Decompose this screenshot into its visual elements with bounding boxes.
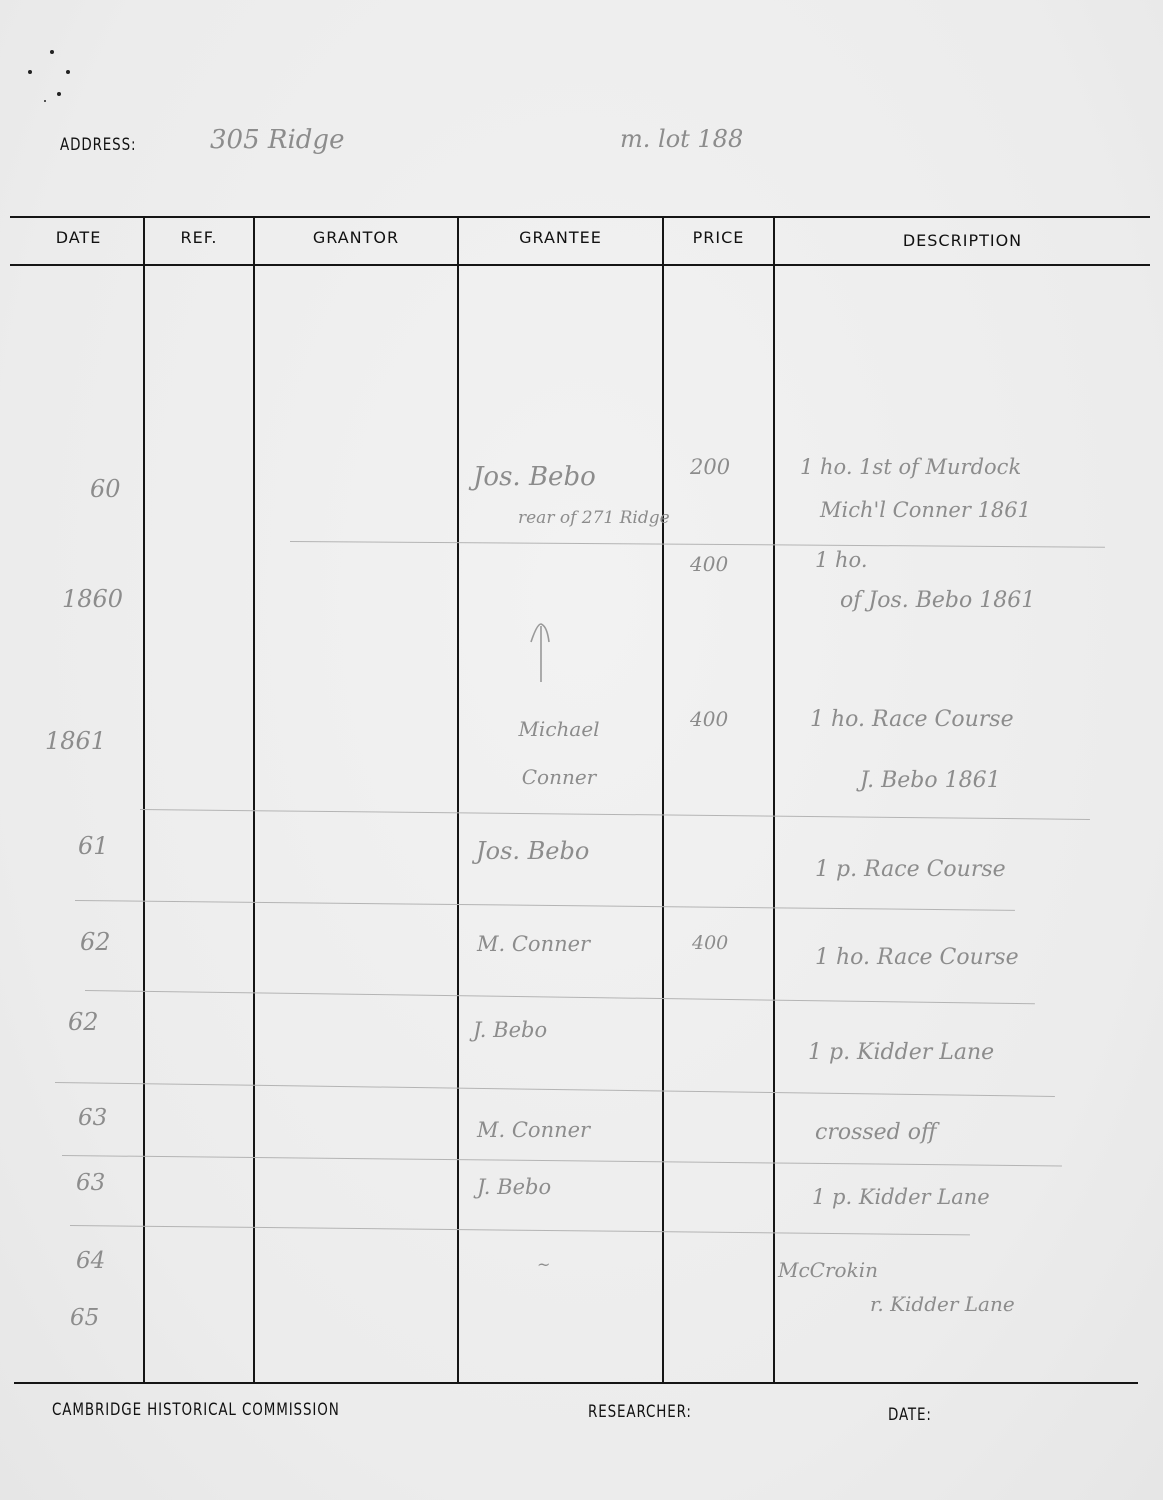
row-description: 1 ho. Race Course <box>815 945 1019 970</box>
column-header-grantee: GRANTEE <box>459 228 662 247</box>
col-divider <box>457 216 459 1382</box>
row-separator <box>290 541 1105 548</box>
row-separator <box>55 1082 1055 1097</box>
row-date: 60 <box>90 475 121 503</box>
row-description: r. Kidder Lane <box>870 1292 1015 1316</box>
date-label: DATE: <box>888 1405 932 1425</box>
column-header-grantor: GRANTOR <box>255 228 457 247</box>
row-date: 62 <box>68 1008 99 1036</box>
row-description: 1 ho. Race Course <box>810 707 1014 732</box>
row-date: 1860 <box>62 585 123 613</box>
row-date: 1861 <box>45 727 106 755</box>
col-divider <box>143 216 145 1382</box>
row-price: 400 <box>692 932 728 954</box>
row-description: 1 p. Race Course <box>815 857 1006 882</box>
row-description: 1 p. Kidder Lane <box>812 1185 990 1209</box>
address-note: m. lot 188 <box>620 125 743 153</box>
researcher-label: RESEARCHER: <box>588 1402 692 1422</box>
row-description: 1 p. Kidder Lane <box>808 1040 994 1065</box>
row-separator <box>62 1155 1062 1166</box>
row-price: 400 <box>690 707 728 731</box>
row-grantee: Michael Conner <box>484 705 634 801</box>
row-grantee: M. Conner <box>477 932 590 956</box>
row-date: 61 <box>78 832 109 860</box>
row-date: 65 <box>70 1305 99 1331</box>
address-value: 305 Ridge <box>210 125 344 155</box>
row-grantee: Jos. Bebo <box>476 837 589 865</box>
row-grantee-note: rear of 271 Ridge <box>518 508 670 528</box>
col-divider <box>773 216 775 1382</box>
row-date: 63 <box>78 1105 107 1131</box>
table-top-rule <box>10 216 1150 218</box>
col-divider <box>662 216 664 1382</box>
row-description: McCrokin <box>778 1258 878 1282</box>
row-date: 63 <box>76 1170 105 1196</box>
row-separator <box>70 1225 970 1235</box>
row-description: J. Bebo 1861 <box>860 768 1001 793</box>
row-separator <box>75 900 1015 911</box>
row-description: Mich'l Conner 1861 <box>820 498 1031 522</box>
row-grantee: J. Bebo <box>477 1175 551 1199</box>
row-date: 62 <box>80 928 111 956</box>
row-date: 64 <box>76 1248 105 1274</box>
row-price: 400 <box>690 552 728 576</box>
address-label: ADDRESS: <box>60 135 136 155</box>
table-bottom-rule <box>14 1382 1138 1384</box>
column-header-description: DESCRIPTION <box>775 231 1150 250</box>
column-header-price: PRICE <box>664 228 773 247</box>
row-grantee: J. Bebo <box>473 1018 547 1042</box>
up-arrow-icon <box>525 620 555 685</box>
col-divider <box>253 216 255 1382</box>
organization-name: CAMBRIDGE HISTORICAL COMMISSION <box>52 1400 340 1420</box>
row-grantee: M. Conner <box>477 1118 590 1142</box>
column-header-date: DATE <box>14 228 143 247</box>
row-description: 1 ho. 1st of Murdock <box>800 455 1021 479</box>
row-grantee: ~ <box>537 1255 550 1274</box>
header-bottom-rule <box>10 264 1150 266</box>
row-separator <box>85 990 1035 1004</box>
row-separator <box>140 809 1090 820</box>
deed-research-form: ADDRESS: 305 Ridge m. lot 188 DATE REF. … <box>0 0 1163 1500</box>
row-description: crossed off <box>815 1120 937 1145</box>
row-description: 1 ho. <box>815 548 868 572</box>
row-grantee: Jos. Bebo <box>473 462 596 492</box>
row-description: of Jos. Bebo 1861 <box>840 588 1035 613</box>
row-price: 200 <box>690 455 730 479</box>
column-header-ref: REF. <box>145 228 253 247</box>
